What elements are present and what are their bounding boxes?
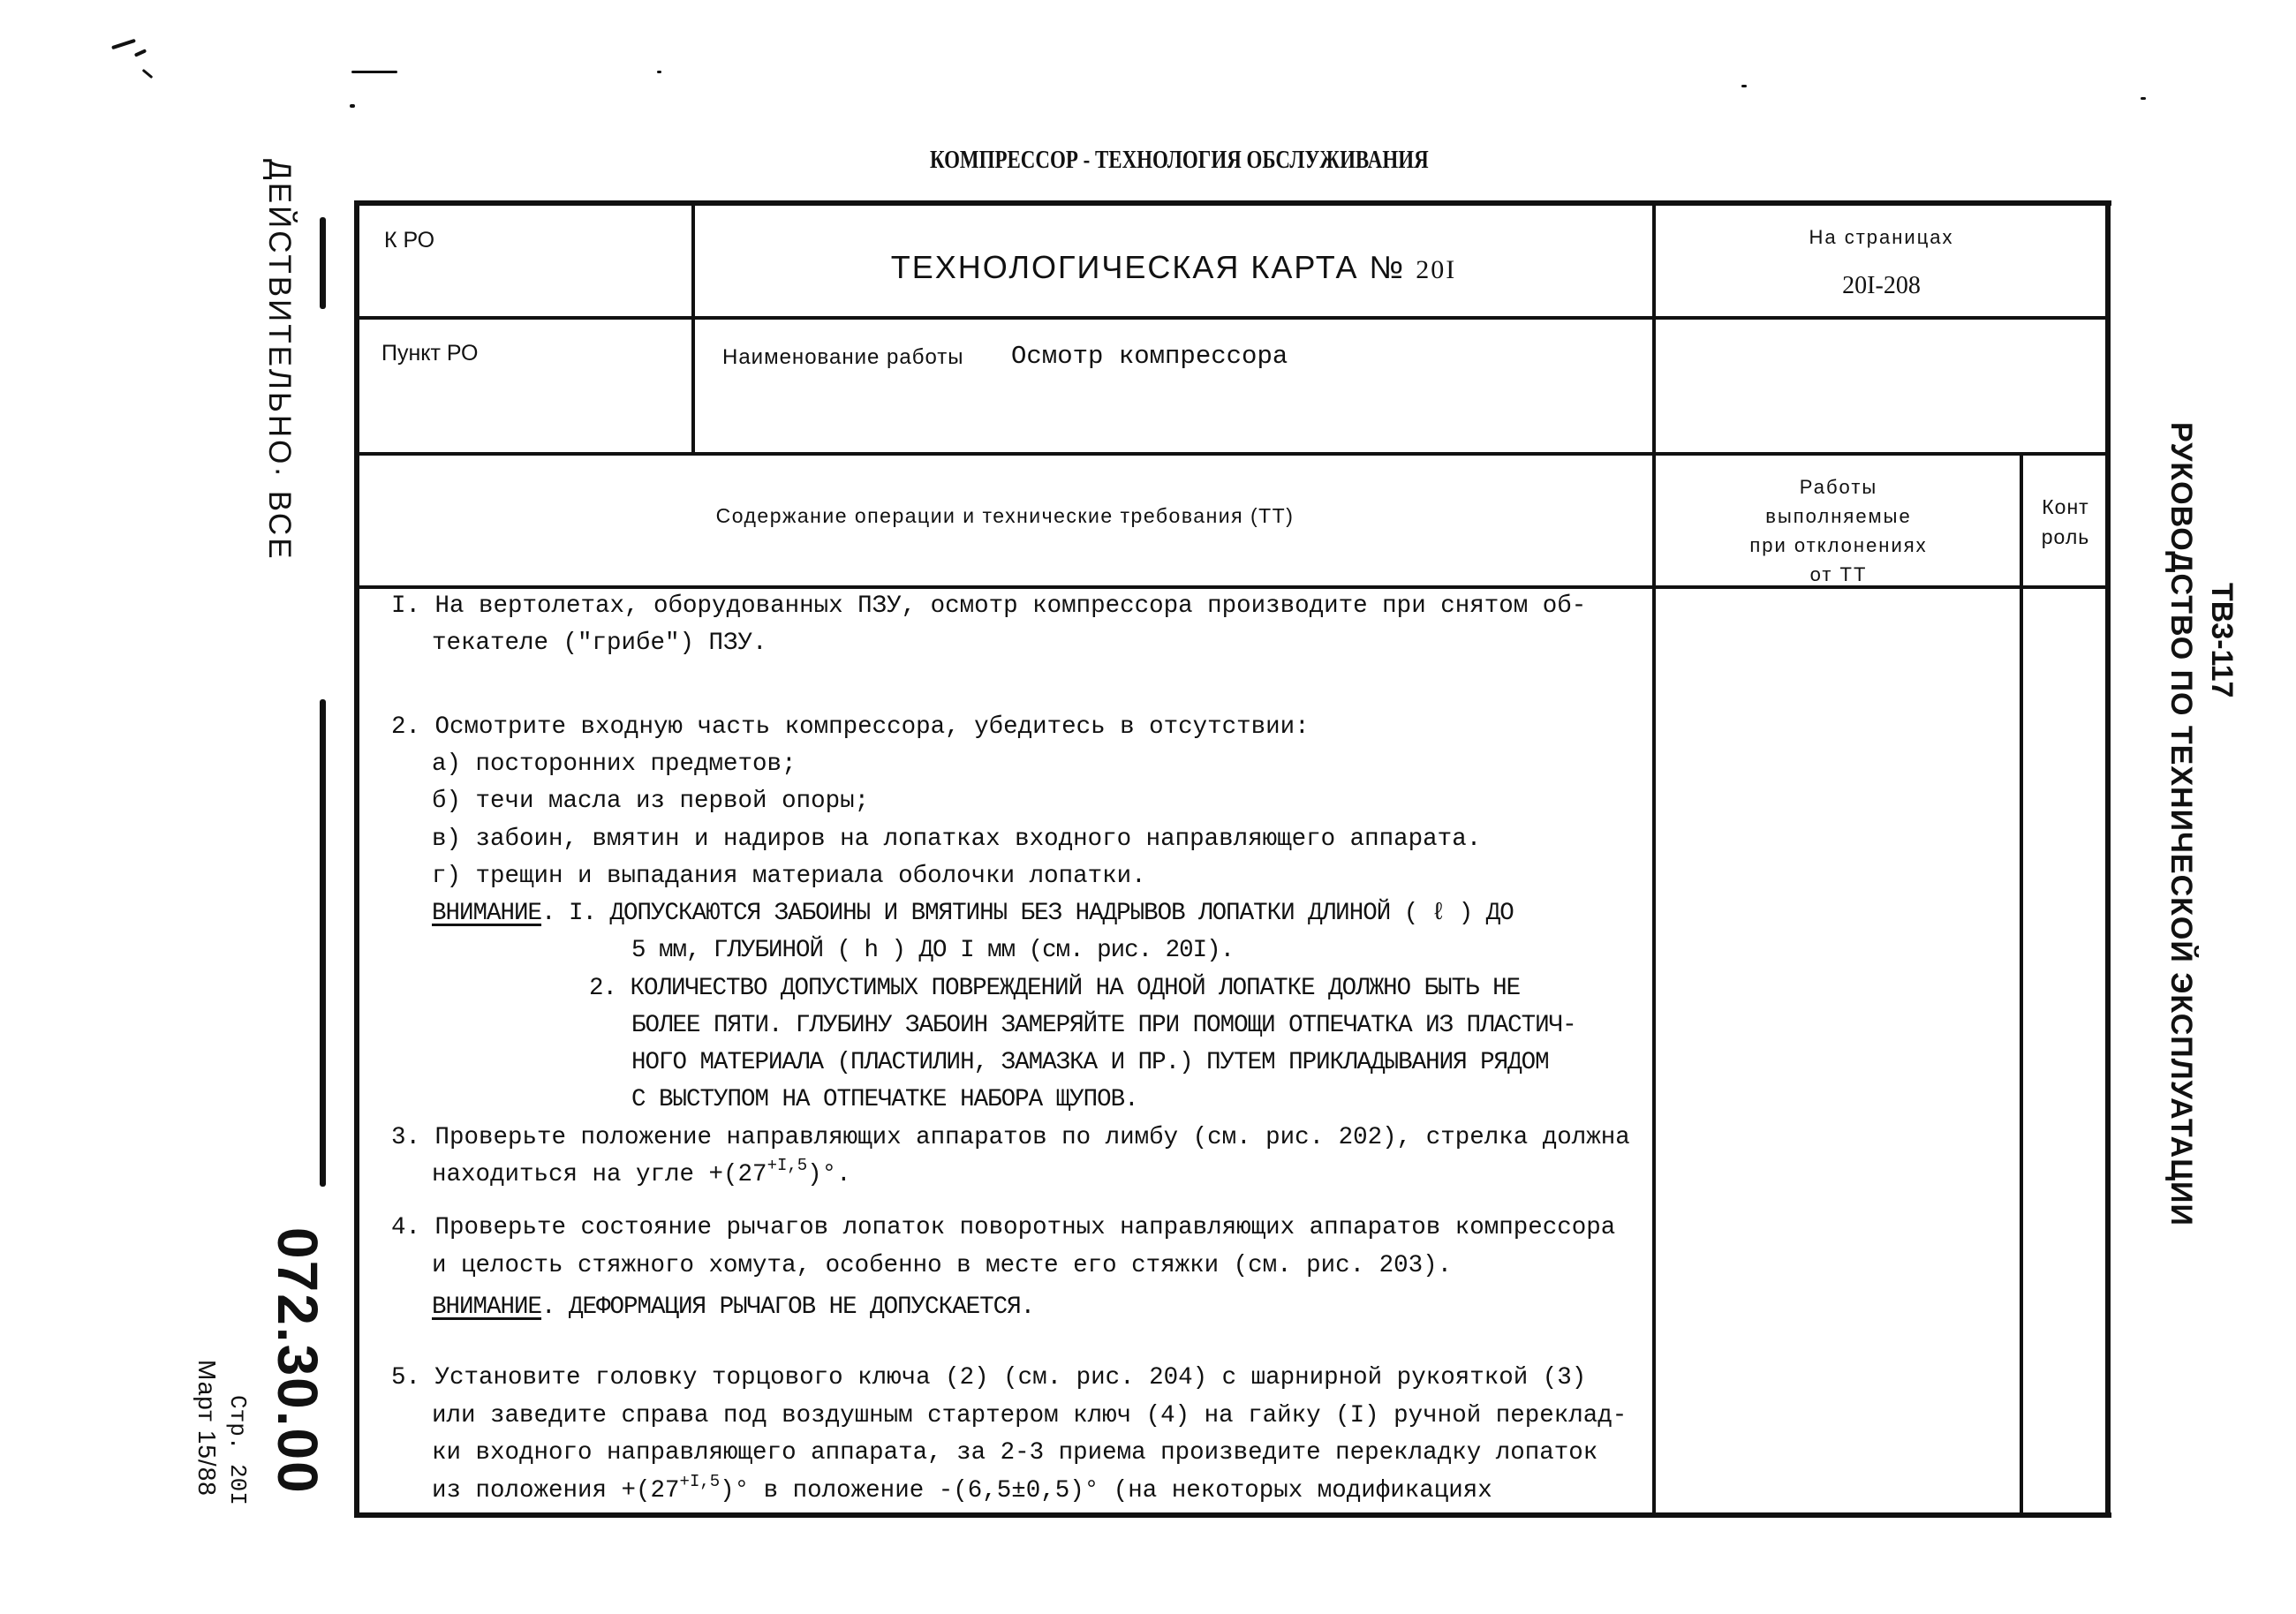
check-item-d: г) трещин и выпадания материала оболочки… bbox=[432, 864, 1146, 889]
operation-item-4-line: и целость стяжного хомута, особенно в ме… bbox=[432, 1254, 1452, 1278]
header-line: Работы bbox=[1654, 472, 2023, 502]
header-line: от ТТ bbox=[1654, 560, 2023, 589]
page-reference: Стр. 20I bbox=[224, 1395, 251, 1505]
scan-mark bbox=[142, 69, 154, 79]
row-divider bbox=[356, 452, 2108, 456]
scan-mark bbox=[657, 71, 661, 73]
operation-item-5-line: 5. Установите головку торцового ключа (2… bbox=[391, 1366, 1586, 1391]
note-text: . I. ДОПУСКАЮТСЯ ЗАБОИНЫ И ВМЯТИНЫ БЕЗ Н… bbox=[541, 900, 1514, 927]
operation-item-5-line: ки входного направляющего аппарата, за 2… bbox=[432, 1441, 1597, 1466]
col-divider bbox=[2020, 454, 2023, 1516]
check-item-b: б) течи масла из первой опоры; bbox=[432, 789, 869, 814]
scan-mark bbox=[350, 104, 355, 108]
angle-text: )°. bbox=[807, 1161, 851, 1188]
attention-label: ВНИМАНИЕ bbox=[432, 900, 541, 927]
table-border-bottom bbox=[356, 1512, 2111, 1518]
angle-tolerance: +I,5 bbox=[680, 1472, 721, 1491]
operation-item-5-line: из положения +(27+I,5)° в положение -(6,… bbox=[432, 1479, 1492, 1504]
angle-tolerance: +I,5 bbox=[767, 1156, 808, 1175]
revision-date: Март 15/88 bbox=[193, 1360, 221, 1497]
card-title: ТЕХНОЛОГИЧЕСКАЯ КАРТА № 20I bbox=[693, 249, 1654, 286]
header-line: Конт bbox=[2023, 492, 2108, 522]
margin-bar bbox=[320, 217, 326, 309]
header-line: роль bbox=[2023, 522, 2108, 552]
note-text: . ДЕФОРМАЦИЯ РЫЧАГОВ НЕ ДОПУСКАЕТСЯ. bbox=[541, 1293, 1034, 1321]
margin-bar bbox=[320, 699, 326, 1187]
control-column-header: Конт роль bbox=[2023, 492, 2108, 552]
row-divider bbox=[356, 316, 2108, 320]
attention-note-1: ВНИМАНИЕ. I. ДОПУСКАЮТСЯ ЗАБОИНЫ И ВМЯТИ… bbox=[432, 901, 1514, 926]
content-column-header: Содержание операции и технические требов… bbox=[356, 504, 1654, 528]
header-line: выполняемые bbox=[1654, 502, 2023, 531]
operation-item-4-line: 4. Проверьте состояние рычагов лопаток п… bbox=[391, 1216, 1615, 1241]
operation-item-1-line: текателе ("грибе") ПЗУ. bbox=[432, 631, 767, 656]
operation-item-3-line: 3. Проверьте положение направляющих аппа… bbox=[391, 1126, 1630, 1150]
pages-range: 20I-208 bbox=[1654, 272, 2109, 300]
manual-title: РУКОВОДСТВО ПО ТЕХНИЧЕСКОЙ ЭКСПЛУАТАЦИИ bbox=[2164, 422, 2198, 1226]
attention-note-2-line: С ВЫСТУПОМ НА ОТПЕЧАТКЕ НАБОРА ЩУПОВ. bbox=[631, 1088, 1138, 1112]
col-divider bbox=[691, 202, 695, 454]
work-name-value: Осмотр компрессора bbox=[1011, 342, 1288, 371]
table-border-top bbox=[356, 200, 2111, 206]
operation-item-5-line: или заведите справа под воздушным старте… bbox=[432, 1404, 1627, 1429]
attention-note-1-line: 5 мм, ГЛУБИНОЙ ( h ) ДО I мм (см. рис. 2… bbox=[631, 939, 1234, 963]
operation-item-3-line: находиться на угле +(27+I,5)°. bbox=[432, 1163, 851, 1188]
angle-text: находиться на угле +(27 bbox=[432, 1161, 767, 1188]
k-ro-label: К РО bbox=[384, 228, 434, 253]
attention-note-2-line: БОЛЕЕ ПЯТИ. ГЛУБИНУ ЗАБОИН ЗАМЕРЯЙТЕ ПРИ… bbox=[631, 1014, 1576, 1038]
deviation-column-header: Работы выполняемые при отклонениях от ТТ bbox=[1654, 472, 2023, 589]
check-item-a: а) посторонних предметов; bbox=[432, 752, 797, 777]
operation-item-2-line: 2. Осмотрите входную часть компрессора, … bbox=[391, 715, 1310, 740]
document-heading: КОМПРЕССОР - ТЕХНОЛОГИЯ ОБСЛУЖИВАНИЯ bbox=[930, 147, 1429, 175]
scan-mark bbox=[1741, 85, 1747, 87]
validity-note: ДЕЙСТВИТЕЛЬНО· ВСЕ bbox=[261, 159, 297, 562]
operation-item-1-line: I. На вертолетах, оборудованных ПЗУ, осм… bbox=[391, 594, 1586, 619]
card-title-text: ТЕХНОЛОГИЧЕСКАЯ КАРТА № bbox=[891, 249, 1405, 285]
table-border-right bbox=[2105, 200, 2111, 1518]
document-code: 072.30.00 bbox=[265, 1227, 330, 1495]
angle-text: из положения +(27 bbox=[432, 1477, 680, 1505]
check-item-c: в) забоин, вмятин и надиров на лопатках … bbox=[432, 827, 1481, 852]
work-name-label: Наименование работы bbox=[722, 345, 964, 370]
attention-note-3: ВНИМАНИЕ. ДЕФОРМАЦИЯ РЫЧАГОВ НЕ ДОПУСКАЕ… bbox=[432, 1295, 1034, 1320]
scan-mark bbox=[134, 49, 147, 57]
header-line: при отклонениях bbox=[1654, 531, 2023, 560]
angle-text: )° в положение -(6,5±0,5)° (на некоторых… bbox=[720, 1477, 1492, 1505]
scan-mark bbox=[111, 39, 136, 49]
pages-label: На страницах bbox=[1654, 226, 2109, 249]
scan-mark bbox=[2141, 97, 2146, 100]
punkt-ro-label: Пункт РО bbox=[381, 341, 478, 366]
scan-mark bbox=[351, 71, 397, 73]
attention-note-2-line: 2. КОЛИЧЕСТВО ДОПУСТИМЫХ ПОВРЕЖДЕНИЙ НА … bbox=[589, 977, 1520, 1001]
col-divider bbox=[1652, 202, 1656, 1516]
table-border-left bbox=[354, 200, 359, 1518]
engine-model: ТВ3-117 bbox=[2204, 583, 2239, 698]
attention-label: ВНИМАНИЕ bbox=[432, 1293, 541, 1321]
attention-note-2-line: НОГО МАТЕРИАЛА (ПЛАСТИЛИН, ЗАМАЗКА И ПР.… bbox=[631, 1051, 1549, 1075]
card-number: 20I bbox=[1416, 255, 1456, 284]
